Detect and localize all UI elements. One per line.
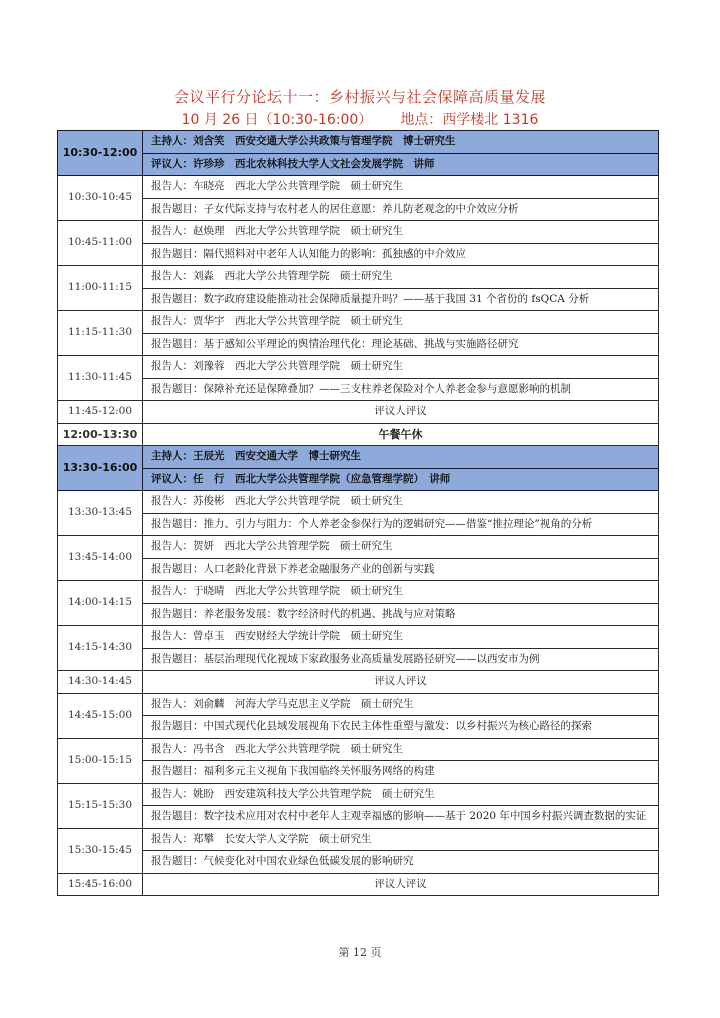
table-row: 13:45-14:00报告人：贺妍 西北大学公共管理学院 硕士研究生 <box>58 536 659 559</box>
table-row: 报告题目：推力、引力与阻力：个人养老金参保行为的逻辑研究——借鉴“推拉理论”视角… <box>58 513 659 536</box>
talk-reporter: 报告人：姚盼 西安建筑科技大学公共管理学院 硕士研究生 <box>143 783 659 806</box>
session-header-row: 评议人：许珍珍 西北农林科技大学人文社会发展学院 讲师 <box>58 153 659 176</box>
table-row: 报告题目：基于感知公平理论的舆情治理代化：理论基础、挑战与实施路径研究 <box>58 333 659 356</box>
schedule-table: 10:30-12:00 主持人：刘含笑 西安交通大学公共政策与管理学院 博士研究… <box>57 130 659 896</box>
review-row: 15:45-16:00评议人评议 <box>58 873 659 896</box>
table-row: 15:15-15:30报告人：姚盼 西安建筑科技大学公共管理学院 硕士研究生 <box>58 783 659 806</box>
talk-time: 13:45-14:00 <box>58 536 143 581</box>
forum-location: 地点：西学楼北 1316 <box>400 112 538 128</box>
talk-reporter: 报告人：于晓晴 西北大学公共管理学院 硕士研究生 <box>143 581 659 604</box>
table-row: 14:15-14:30报告人：曾卓玉 西安财经大学统计学院 硕士研究生 <box>58 626 659 649</box>
page-number: 第 12 页 <box>0 944 720 960</box>
table-row: 10:30-10:45报告人：车晓亮 西北大学公共管理学院 硕士研究生 <box>58 176 659 199</box>
talk-time: 11:00-11:15 <box>58 266 143 311</box>
forum-title: 会议平行分论坛十一：乡村振兴与社会保障高质量发展 <box>0 86 720 107</box>
table-row: 15:30-15:45报告人：郑攀 长安大学人文学院 硕士研究生 <box>58 828 659 851</box>
forum-date: 10 月 26 日（10:30-16:00） <box>182 112 373 128</box>
talk-time: 11:15-11:30 <box>58 311 143 356</box>
table-row: 11:00-11:15报告人：刘淼 西北大学公共管理学院 硕士研究生 <box>58 266 659 289</box>
table-row: 报告题目：保障补充还是保障叠加？——三支柱养老保险对个人养老金参与意愿影响的机制 <box>58 378 659 401</box>
talk-topic: 报告题目：基层治理现代化视域下家政服务业高质量发展路径研究——以西安市为例 <box>143 648 659 671</box>
talk-time: 10:30-10:45 <box>58 176 143 221</box>
talk-time: 10:45-11:00 <box>58 221 143 266</box>
lunch-row: 12:00-13:30午餐午休 <box>58 423 659 446</box>
talk-time: 14:45-15:00 <box>58 693 143 738</box>
review-label: 评议人评议 <box>143 671 659 694</box>
talk-topic: 报告题目：保障补充还是保障叠加？——三支柱养老保险对个人养老金参与意愿影响的机制 <box>143 378 659 401</box>
lunch-time: 12:00-13:30 <box>58 423 143 446</box>
table-row: 报告题目：福利多元主义视角下我国临终关怀服务网络的构建 <box>58 761 659 784</box>
talk-time: 11:30-11:45 <box>58 356 143 401</box>
table-row: 报告题目：中国式现代化县域发展视角下农民主体性重塑与激发：以乡村振兴为核心路径的… <box>58 716 659 739</box>
talk-time: 13:30-13:45 <box>58 491 143 536</box>
talk-reporter: 报告人：刘俞麟 河海大学马克思主义学院 硕士研究生 <box>143 693 659 716</box>
talk-reporter: 报告人：曾卓玉 西安财经大学统计学院 硕士研究生 <box>143 626 659 649</box>
table-row: 15:00-15:15报告人：冯书含 西北大学公共管理学院 硕士研究生 <box>58 738 659 761</box>
table-row: 报告题目：气候变化对中国农业绿色低碳发展的影响研究 <box>58 851 659 874</box>
review-row: 11:45-12:00评议人评议 <box>58 401 659 424</box>
session-header-row: 10:30-12:00 主持人：刘含笑 西安交通大学公共政策与管理学院 博士研究… <box>58 131 659 154</box>
talk-time: 15:30-15:45 <box>58 828 143 873</box>
talk-reporter: 报告人：刘淼 西北大学公共管理学院 硕士研究生 <box>143 266 659 289</box>
table-row: 报告题目：数字技术应用对农村中老年人主观幸福感的影响——基于 2020 年中国乡… <box>58 806 659 829</box>
session-reviewer: 评议人：许珍珍 西北农林科技大学人文社会发展学院 讲师 <box>143 153 659 176</box>
session-reviewer: 评议人：任 行 西北大学公共管理学院（应急管理学院） 讲师 <box>143 468 659 491</box>
session-host: 主持人：王辰光 西安交通大学 博士研究生 <box>143 446 659 469</box>
talk-reporter: 报告人：贾华宇 西北大学公共管理学院 硕士研究生 <box>143 311 659 334</box>
talk-reporter: 报告人：赵焕理 西北大学公共管理学院 硕士研究生 <box>143 221 659 244</box>
talk-topic: 报告题目：养老服务发展：数字经济时代的机遇、挑战与应对策略 <box>143 603 659 626</box>
table-row: 报告题目：人口老龄化背景下养老金融服务产业的创新与实践 <box>58 558 659 581</box>
table-row: 10:45-11:00报告人：赵焕理 西北大学公共管理学院 硕士研究生 <box>58 221 659 244</box>
table-row: 11:30-11:45报告人：刘豫蓉 西北大学公共管理学院 硕士研究生 <box>58 356 659 379</box>
table-row: 14:45-15:00报告人：刘俞麟 河海大学马克思主义学院 硕士研究生 <box>58 693 659 716</box>
session-header-row: 评议人：任 行 西北大学公共管理学院（应急管理学院） 讲师 <box>58 468 659 491</box>
review-label: 评议人评议 <box>143 873 659 896</box>
talk-reporter: 报告人：郑攀 长安大学人文学院 硕士研究生 <box>143 828 659 851</box>
review-time: 14:30-14:45 <box>58 671 143 694</box>
table-row: 13:30-13:45报告人：苏俊彬 西北大学公共管理学院 硕士研究生 <box>58 491 659 514</box>
lunch-label: 午餐午休 <box>143 423 659 446</box>
forum-subtitle: 10 月 26 日（10:30-16:00）地点：西学楼北 1316 <box>0 109 720 129</box>
talk-topic: 报告题目：基于感知公平理论的舆情治理代化：理论基础、挑战与实施路径研究 <box>143 333 659 356</box>
talk-topic: 报告题目：气候变化对中国农业绿色低碳发展的影响研究 <box>143 851 659 874</box>
talk-topic: 报告题目：人口老龄化背景下养老金融服务产业的创新与实践 <box>143 558 659 581</box>
talk-time: 15:15-15:30 <box>58 783 143 828</box>
table-row: 14:00-14:15报告人：于晓晴 西北大学公共管理学院 硕士研究生 <box>58 581 659 604</box>
talk-reporter: 报告人：刘豫蓉 西北大学公共管理学院 硕士研究生 <box>143 356 659 379</box>
talk-topic: 报告题目：隔代照料对中老年人认知能力的影响：孤独感的中介效应 <box>143 243 659 266</box>
review-time: 15:45-16:00 <box>58 873 143 896</box>
talk-reporter: 报告人：车晓亮 西北大学公共管理学院 硕士研究生 <box>143 176 659 199</box>
talk-topic: 报告题目：推力、引力与阻力：个人养老金参保行为的逻辑研究——借鉴“推拉理论”视角… <box>143 513 659 536</box>
review-row: 14:30-14:45评议人评议 <box>58 671 659 694</box>
talk-reporter: 报告人：贺妍 西北大学公共管理学院 硕士研究生 <box>143 536 659 559</box>
session-time: 13:30-16:00 <box>58 446 143 491</box>
table-row: 报告题目：数字政府建设能推动社会保障质量提升吗？——基于我国 31 个省份的 f… <box>58 288 659 311</box>
session-host: 主持人：刘含笑 西安交通大学公共政策与管理学院 博士研究生 <box>143 131 659 154</box>
table-row: 报告题目：子女代际支持与农村老人的居住意愿：养儿防老观念的中介效应分析 <box>58 198 659 221</box>
talk-time: 15:00-15:15 <box>58 738 143 783</box>
review-time: 11:45-12:00 <box>58 401 143 424</box>
talk-reporter: 报告人：冯书含 西北大学公共管理学院 硕士研究生 <box>143 738 659 761</box>
talk-topic: 报告题目：数字政府建设能推动社会保障质量提升吗？——基于我国 31 个省份的 f… <box>143 288 659 311</box>
talk-topic: 报告题目：福利多元主义视角下我国临终关怀服务网络的构建 <box>143 761 659 784</box>
talk-time: 14:15-14:30 <box>58 626 143 671</box>
table-row: 报告题目：隔代照料对中老年人认知能力的影响：孤独感的中介效应 <box>58 243 659 266</box>
talk-reporter: 报告人：苏俊彬 西北大学公共管理学院 硕士研究生 <box>143 491 659 514</box>
session-time: 10:30-12:00 <box>58 131 143 176</box>
session-header-row: 13:30-16:00 主持人：王辰光 西安交通大学 博士研究生 <box>58 446 659 469</box>
talk-topic: 报告题目：子女代际支持与农村老人的居住意愿：养儿防老观念的中介效应分析 <box>143 198 659 221</box>
review-label: 评议人评议 <box>143 401 659 424</box>
talk-topic: 报告题目：数字技术应用对农村中老年人主观幸福感的影响——基于 2020 年中国乡… <box>143 806 659 829</box>
table-row: 报告题目：基层治理现代化视域下家政服务业高质量发展路径研究——以西安市为例 <box>58 648 659 671</box>
talk-time: 14:00-14:15 <box>58 581 143 626</box>
talk-topic: 报告题目：中国式现代化县域发展视角下农民主体性重塑与激发：以乡村振兴为核心路径的… <box>143 716 659 739</box>
table-row: 报告题目：养老服务发展：数字经济时代的机遇、挑战与应对策略 <box>58 603 659 626</box>
table-row: 11:15-11:30报告人：贾华宇 西北大学公共管理学院 硕士研究生 <box>58 311 659 334</box>
